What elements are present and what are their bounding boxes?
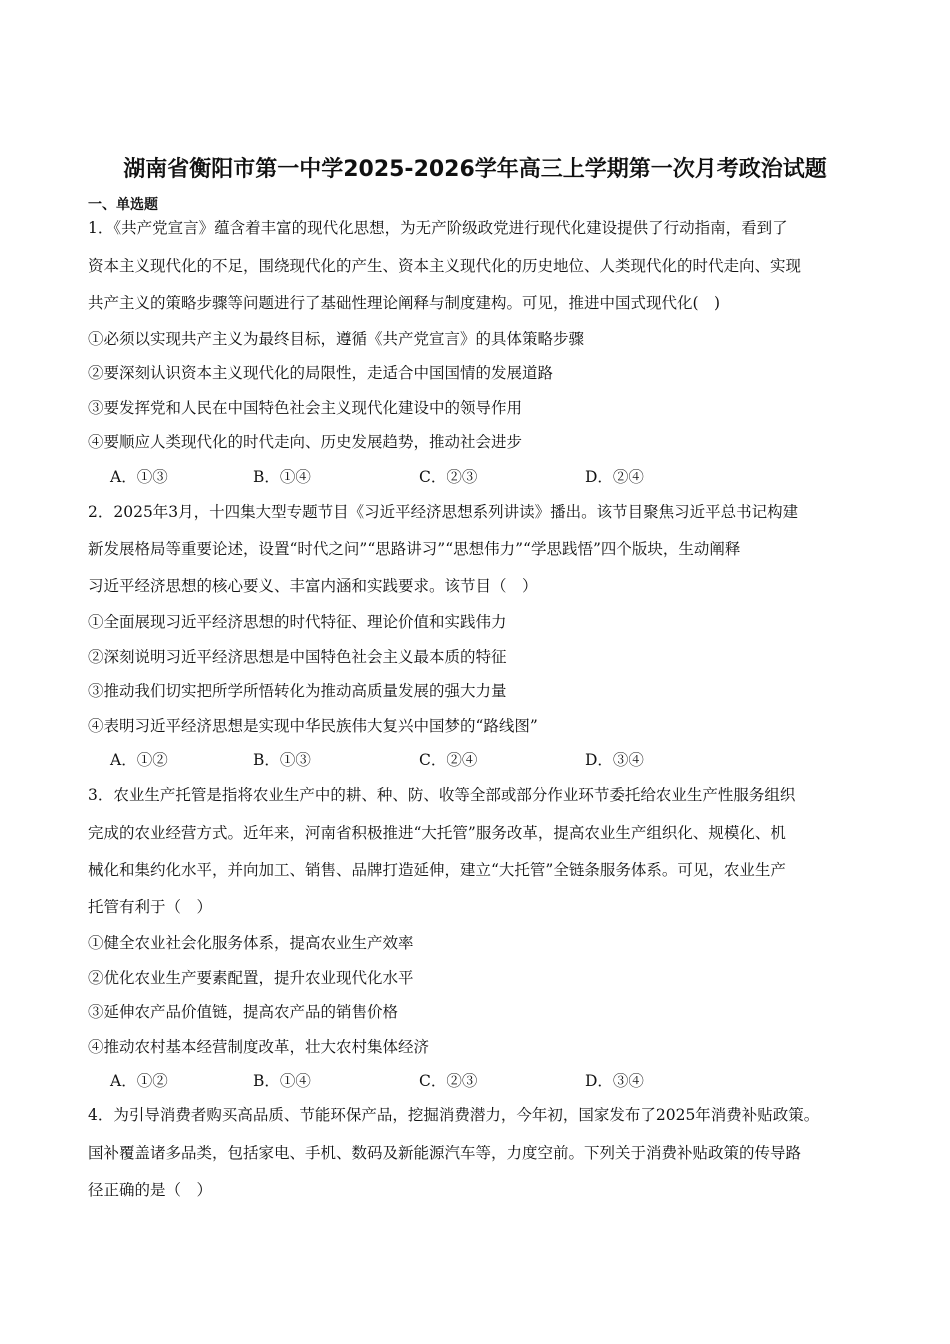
- question-stem-line: 4．为引导消费者购买高品质、节能环保产品，挖掘消费潜力，今年初，国家发布了202…: [88, 1105, 819, 1125]
- question-stem-line: 2．2025年3月，十四集大型专题节目《习近平经济思想系列讲读》播出。该节目聚焦…: [88, 502, 798, 522]
- answer-options: A．①③ B．①④ C．②③ D．②④: [0, 467, 950, 487]
- option-a[interactable]: A．①③: [110, 467, 168, 487]
- section-heading: 一、单选题: [88, 194, 158, 214]
- question-stem-line: 托管有利于（ ）: [88, 897, 212, 917]
- question-stem-line: 1．《共产党宣言》蕴含着丰富的现代化思想，为无产阶级政党进行现代化建设提供了行动…: [88, 218, 788, 238]
- statement: ①健全农业社会化服务体系，提高农业生产效率: [88, 933, 414, 953]
- document-page: 湖南省衡阳市第一中学2025-2026学年高三上学期第一次月考政治试题 一、单选…: [0, 0, 950, 1344]
- option-b[interactable]: B．①④: [253, 1071, 311, 1091]
- question-stem-line: 新发展格局等重要论述，设置“时代之问”“思路讲习”“思想伟力”“学思践悟”四个版…: [88, 539, 740, 559]
- statement: ③推动我们切实把所学所悟转化为推动高质量发展的强大力量: [88, 681, 507, 701]
- answer-options: A．①② B．①③ C．②④ D．③④: [0, 750, 950, 770]
- option-d[interactable]: D．③④: [585, 1071, 644, 1091]
- statement: ②优化农业生产要素配置，提升农业现代化水平: [88, 968, 414, 988]
- document-title: 湖南省衡阳市第一中学2025-2026学年高三上学期第一次月考政治试题: [0, 152, 950, 183]
- question-stem-line: 共产主义的策略步骤等问题进行了基础性理论阐释与制度建构。可见，推进中国式现代化(…: [88, 293, 720, 313]
- statement: ③延伸农产品价值链，提高农产品的销售价格: [88, 1002, 398, 1022]
- option-d[interactable]: D．②④: [585, 467, 644, 487]
- option-b[interactable]: B．①③: [253, 750, 311, 770]
- option-a[interactable]: A．①②: [110, 1071, 168, 1091]
- option-b[interactable]: B．①④: [253, 467, 311, 487]
- question-stem-line: 完成的农业经营方式。近年来，河南省积极推进“大托管”服务改革，提高农业生产组织化…: [88, 823, 786, 843]
- statement: ②要深刻认识资本主义现代化的局限性，走适合中国国情的发展道路: [88, 363, 553, 383]
- question-stem-line: 国补覆盖诸多品类，包括家电、手机、数码及新能源汽车等，力度空前。下列关于消费补贴…: [88, 1143, 801, 1163]
- option-d[interactable]: D．③④: [585, 750, 644, 770]
- statement: ②深刻说明习近平经济思想是中国特色社会主义最本质的特征: [88, 647, 507, 667]
- statement: ①必须以实现共产主义为最终目标，遵循《共产党宣言》的具体策略步骤: [88, 329, 584, 349]
- option-a[interactable]: A．①②: [110, 750, 168, 770]
- answer-options: A．①② B．①④ C．②③ D．③④: [0, 1071, 950, 1091]
- option-c[interactable]: C．②③: [419, 467, 477, 487]
- question-stem-line: 械化和集约化水平，并向加工、销售、品牌打造延伸，建立“大托管”全链条服务体系。可…: [88, 860, 786, 880]
- statement: ④表明习近平经济思想是实现中华民族伟大复兴中国梦的“路线图”: [88, 716, 538, 736]
- statement: ③要发挥党和人民在中国特色社会主义现代化建设中的领导作用: [88, 398, 522, 418]
- question-stem-line: 习近平经济思想的核心要义、丰富内涵和实践要求。该节目（ ）: [88, 576, 538, 596]
- option-c[interactable]: C．②③: [419, 1071, 477, 1091]
- question-stem-line: 资本主义现代化的不足，围绕现代化的产生、资本主义现代化的历史地位、人类现代化的时…: [88, 256, 801, 276]
- question-stem-line: 3．农业生产托管是指将农业生产中的耕、种、防、收等全部或部分作业环节委托给农业生…: [88, 785, 795, 805]
- statement: ④要顺应人类现代化的时代走向、历史发展趋势，推动社会进步: [88, 432, 522, 452]
- statement: ①全面展现习近平经济思想的时代特征、理论价值和实践伟力: [88, 612, 507, 632]
- question-stem-line: 径正确的是（ ）: [88, 1180, 212, 1200]
- statement: ④推动农村基本经营制度改革，壮大农村集体经济: [88, 1037, 429, 1057]
- option-c[interactable]: C．②④: [419, 750, 477, 770]
